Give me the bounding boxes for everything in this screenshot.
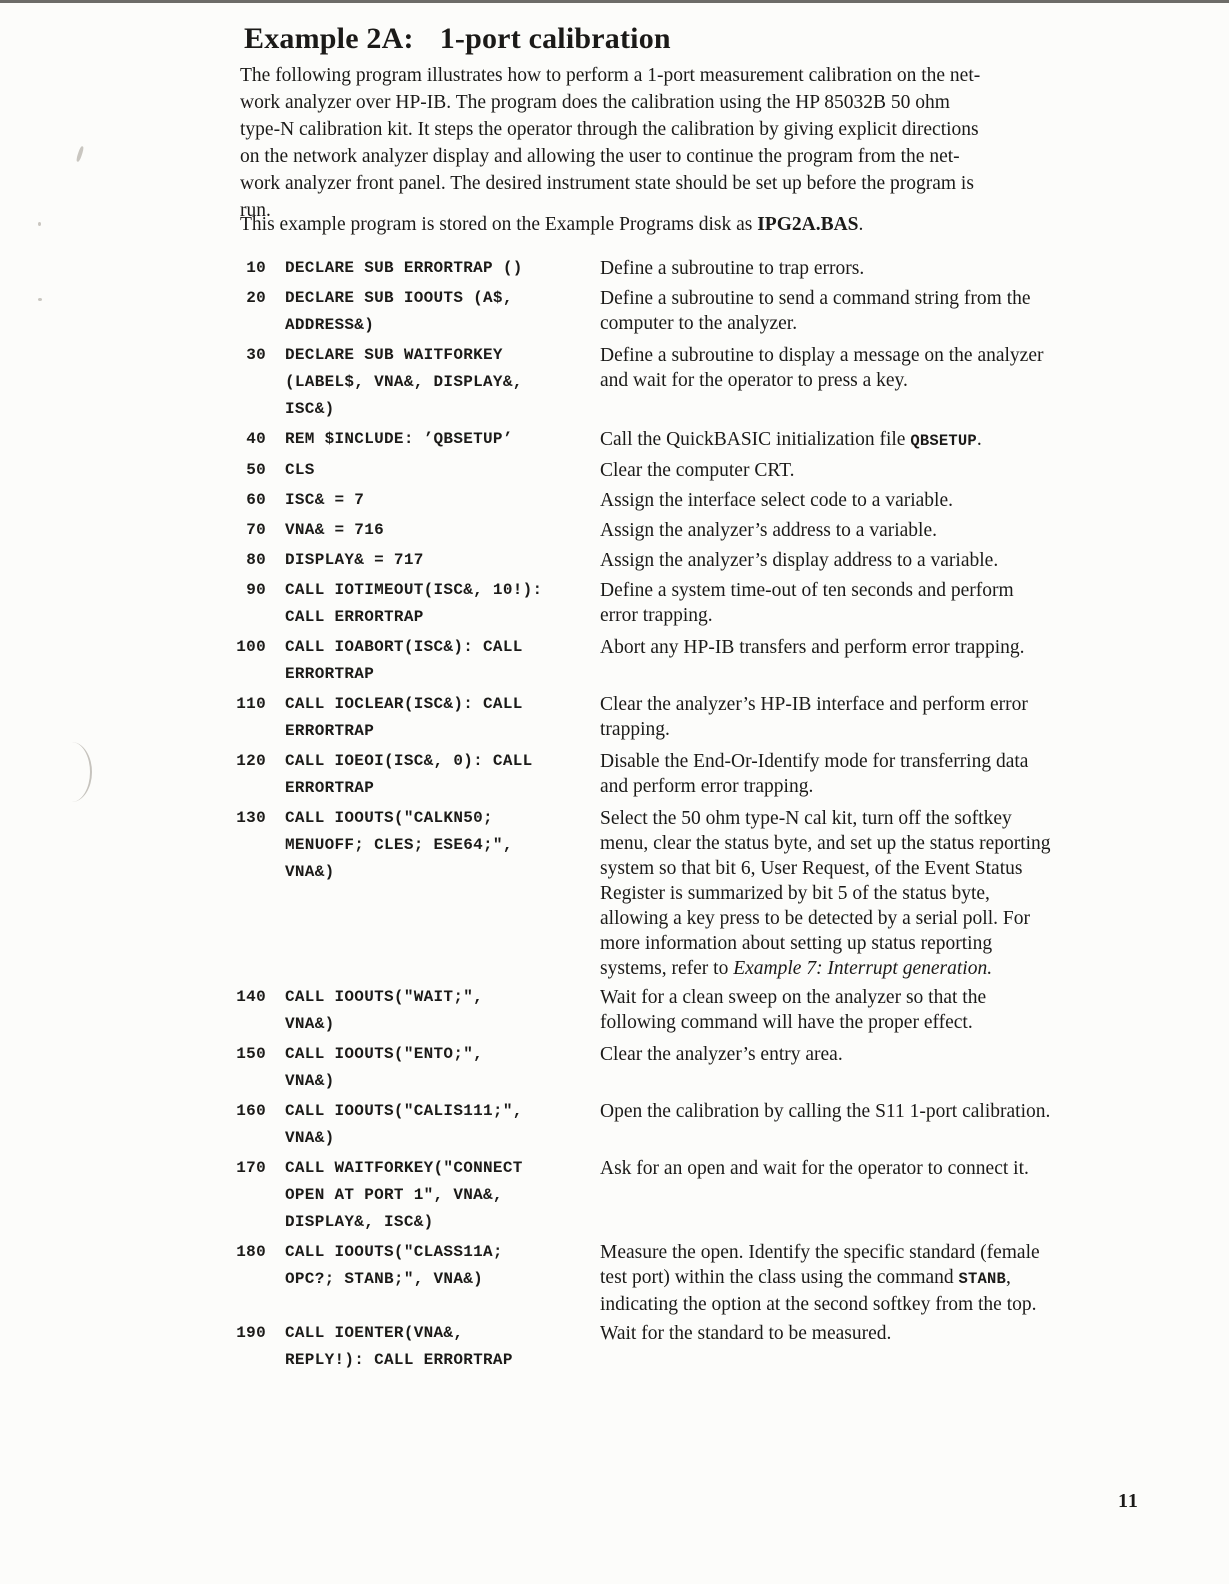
- line-number: 10: [226, 255, 266, 282]
- line-number: 110: [226, 691, 266, 718]
- listing-row: 130CALL IOOUTS("CALKN50; MENUOFF; CLES; …: [226, 805, 1066, 981]
- code-block: DECLARE SUB WAITFORKEY (LABEL$, VNA&, DI…: [285, 342, 571, 423]
- code-block: CALL IOOUTS("CALIS111;", VNA&): [285, 1098, 571, 1152]
- line-number: 190: [226, 1320, 266, 1347]
- code-block: CALL IOOUTS("CLASS11A; OPC?; STANB;", VN…: [285, 1239, 571, 1293]
- listing-row: 40REM $INCLUDE: ’QBSETUP’Call the QuickB…: [226, 426, 1066, 454]
- listing-row: 50CLSClear the computer CRT.: [226, 457, 1066, 484]
- line-number: 20: [226, 285, 266, 312]
- code-block: DECLARE SUB ERRORTRAP (): [285, 255, 571, 282]
- description: Assign the analyzer’s display address to…: [600, 547, 1056, 573]
- listing-row: 60ISC& = 7Assign the interface select co…: [226, 487, 1066, 514]
- scan-edge-artifact: [0, 0, 1229, 3]
- listing-row: 190CALL IOENTER(VNA&, REPLY!): CALL ERRO…: [226, 1320, 1066, 1374]
- description: Select the 50 ohm type-N cal kit, turn o…: [600, 805, 1056, 981]
- code-block: CALL IOOUTS("CALKN50; MENUOFF; CLES; ESE…: [285, 805, 571, 886]
- desc-segment: Clear the analyzer’s entry area.: [600, 1044, 843, 1065]
- stored-prefix: This example program is stored on the Ex…: [240, 214, 757, 235]
- title-label: Example 2A:: [244, 22, 414, 55]
- code-block: CALL IOOUTS("ENTO;", VNA&): [285, 1041, 571, 1095]
- code-block: CALL IOOUTS("WAIT;", VNA&): [285, 984, 571, 1038]
- stored-note: This example program is stored on the Ex…: [240, 212, 1080, 238]
- listing-row: 20DECLARE SUB IOOUTS (A$, ADDRESS&)Defin…: [226, 285, 1066, 339]
- code-block: CALL IOEOI(ISC&, 0): CALL ERRORTRAP: [285, 748, 571, 802]
- desc-segment: Define a subroutine to send a command st…: [600, 288, 1031, 334]
- desc-segment: Call the QuickBASIC initialization file: [600, 429, 910, 450]
- line-number: 160: [226, 1098, 266, 1125]
- inline-code: QBSETUP: [910, 432, 977, 450]
- line-number: 100: [226, 634, 266, 661]
- code-block: REM $INCLUDE: ’QBSETUP’: [285, 426, 571, 453]
- scan-arc-mark: [58, 742, 92, 802]
- desc-segment: Disable the End-Or-Identify mode for tra…: [600, 751, 1028, 797]
- line-number: 180: [226, 1239, 266, 1266]
- line-number: 90: [226, 577, 266, 604]
- listing-row: 70VNA& = 716Assign the analyzer’s addres…: [226, 517, 1066, 544]
- desc-segment: Wait for the standard to be measured.: [600, 1323, 891, 1344]
- listing-row: 170CALL WAITFORKEY("CONNECT OPEN AT PORT…: [226, 1155, 1066, 1236]
- desc-segment: Assign the analyzer’s address to a varia…: [600, 520, 937, 541]
- stored-suffix: .: [859, 214, 864, 235]
- listing-row: 150CALL IOOUTS("ENTO;", VNA&)Clear the a…: [226, 1041, 1066, 1095]
- listing-row: 30DECLARE SUB WAITFORKEY (LABEL$, VNA&, …: [226, 342, 1066, 423]
- listing-row: 10DECLARE SUB ERRORTRAP ()Define a subro…: [226, 255, 1066, 282]
- code-block: CALL IOCLEAR(ISC&): CALL ERRORTRAP: [285, 691, 571, 745]
- line-number: 170: [226, 1155, 266, 1182]
- scan-speckle: [38, 298, 42, 301]
- desc-segment: Clear the computer CRT.: [600, 460, 795, 481]
- desc-segment: Assign the interface select code to a va…: [600, 490, 953, 511]
- description: Clear the analyzer’s HP-IB interface and…: [600, 691, 1056, 742]
- description: Define a subroutine to send a command st…: [600, 285, 1056, 336]
- desc-segment: Define a subroutine to trap errors.: [600, 258, 864, 279]
- description: Abort any HP-IB transfers and perform er…: [600, 634, 1056, 660]
- description: Ask for an open and wait for the operato…: [600, 1155, 1056, 1181]
- desc-segment: Clear the analyzer’s HP-IB interface and…: [600, 694, 1028, 740]
- example-title: Example 2A:1-port calibration: [244, 22, 671, 56]
- description: Disable the End-Or-Identify mode for tra…: [600, 748, 1056, 799]
- listing-row: 160CALL IOOUTS("CALIS111;", VNA&)Open th…: [226, 1098, 1066, 1152]
- line-number: 40: [226, 426, 266, 453]
- line-number: 70: [226, 517, 266, 544]
- program-listing: 10DECLARE SUB ERRORTRAP ()Define a subro…: [226, 255, 1066, 1377]
- line-number: 150: [226, 1041, 266, 1068]
- description: Wait for a clean sweep on the analyzer s…: [600, 984, 1056, 1035]
- intro-paragraph: The following program illustrates how to…: [240, 62, 1080, 224]
- code-block: CLS: [285, 457, 571, 484]
- description: Call the QuickBASIC initialization file …: [600, 426, 1056, 454]
- line-number: 60: [226, 487, 266, 514]
- desc-segment: Select the 50 ohm type-N cal kit, turn o…: [600, 808, 1051, 979]
- code-block: VNA& = 716: [285, 517, 571, 544]
- description: Measure the open. Identify the specific …: [600, 1239, 1056, 1317]
- desc-segment: Define a subroutine to display a message…: [600, 345, 1043, 391]
- listing-row: 80DISPLAY& = 717Assign the analyzer’s di…: [226, 547, 1066, 574]
- description: Clear the analyzer’s entry area.: [600, 1041, 1056, 1067]
- description: Clear the computer CRT.: [600, 457, 1056, 483]
- desc-segment: .: [977, 429, 982, 450]
- scan-speckle: [38, 222, 41, 226]
- code-block: CALL IOENTER(VNA&, REPLY!): CALL ERRORTR…: [285, 1320, 571, 1374]
- code-block: DECLARE SUB IOOUTS (A$, ADDRESS&): [285, 285, 571, 339]
- code-block: ISC& = 7: [285, 487, 571, 514]
- scan-speckle: [76, 146, 85, 162]
- desc-segment: Assign the analyzer’s display address to…: [600, 550, 998, 571]
- listing-row: 180CALL IOOUTS("CLASS11A; OPC?; STANB;",…: [226, 1239, 1066, 1317]
- line-number: 30: [226, 342, 266, 369]
- description: Define a subroutine to trap errors.: [600, 255, 1056, 281]
- description: Open the calibration by calling the S11 …: [600, 1098, 1056, 1124]
- line-number: 140: [226, 984, 266, 1011]
- desc-segment: Define a system time-out of ten seconds …: [600, 580, 1014, 626]
- code-block: CALL IOABORT(ISC&): CALL ERRORTRAP: [285, 634, 571, 688]
- code-block: DISPLAY& = 717: [285, 547, 571, 574]
- listing-row: 120CALL IOEOI(ISC&, 0): CALL ERRORTRAPDi…: [226, 748, 1066, 802]
- description: Assign the analyzer’s address to a varia…: [600, 517, 1056, 543]
- listing-row: 140CALL IOOUTS("WAIT;", VNA&)Wait for a …: [226, 984, 1066, 1038]
- page-number: 11: [1118, 1490, 1139, 1513]
- desc-segment: Ask for an open and wait for the operato…: [600, 1158, 1029, 1179]
- line-number: 50: [226, 457, 266, 484]
- line-number: 80: [226, 547, 266, 574]
- listing-row: 110CALL IOCLEAR(ISC&): CALL ERRORTRAPCle…: [226, 691, 1066, 745]
- title-text: 1-port calibration: [440, 22, 671, 55]
- listing-row: 90CALL IOTIMEOUT(ISC&, 10!): CALL ERRORT…: [226, 577, 1066, 631]
- line-number: 130: [226, 805, 266, 832]
- listing-row: 100CALL IOABORT(ISC&): CALL ERRORTRAPAbo…: [226, 634, 1066, 688]
- description: Assign the interface select code to a va…: [600, 487, 1056, 513]
- page: Example 2A:1-port calibration The follow…: [0, 0, 1229, 1584]
- description: Define a system time-out of ten seconds …: [600, 577, 1056, 628]
- inline-code: STANB: [959, 1270, 1007, 1288]
- stored-filename: IPG2A.BAS: [757, 214, 858, 235]
- code-block: CALL WAITFORKEY("CONNECT OPEN AT PORT 1"…: [285, 1155, 571, 1236]
- desc-segment: Open the calibration by calling the S11 …: [600, 1101, 1050, 1122]
- desc-segment: Abort any HP-IB transfers and perform er…: [600, 637, 1025, 658]
- desc-segment: Example 7: Interrupt generation.: [733, 958, 992, 979]
- desc-segment: Wait for a clean sweep on the analyzer s…: [600, 987, 986, 1033]
- description: Wait for the standard to be measured.: [600, 1320, 1056, 1346]
- code-block: CALL IOTIMEOUT(ISC&, 10!): CALL ERRORTRA…: [285, 577, 571, 631]
- description: Define a subroutine to display a message…: [600, 342, 1056, 393]
- line-number: 120: [226, 748, 266, 775]
